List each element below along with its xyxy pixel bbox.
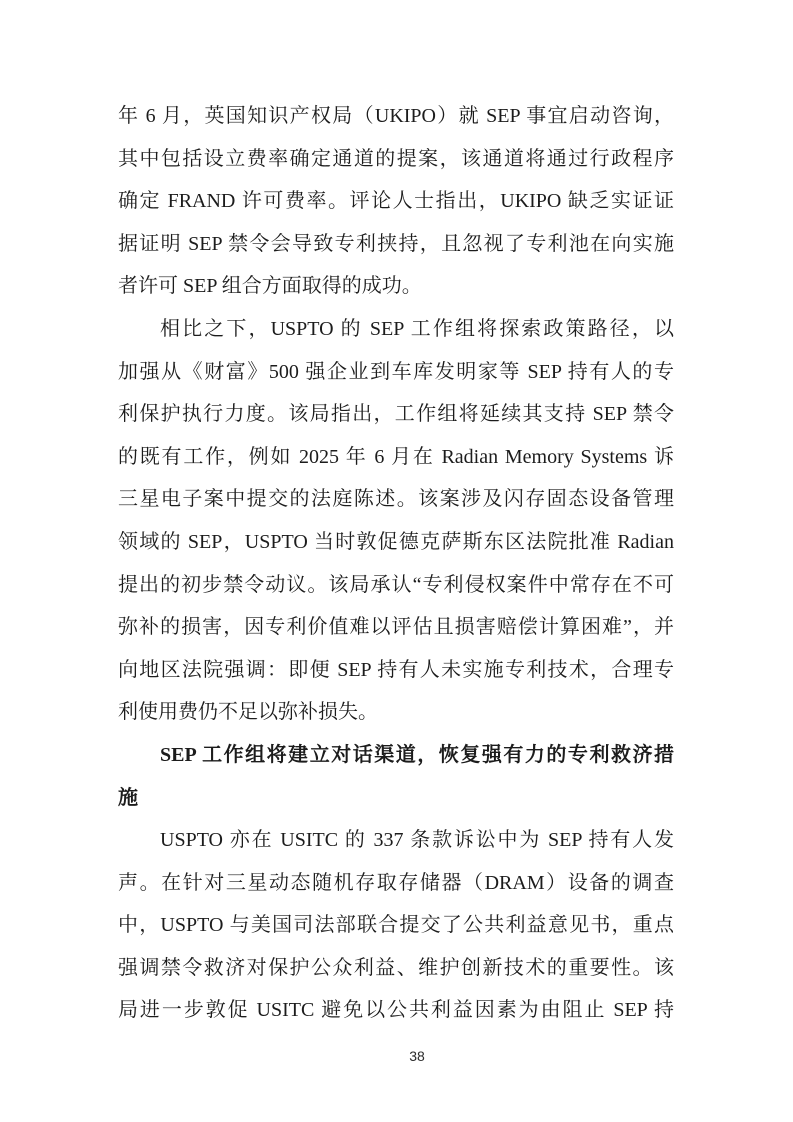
text-block: 年 6 月，英国知识产权局（UKIPO）就 SEP 事宜启动咨询， 其中包括设立… [118,95,674,1032]
text-line: 提出的初步禁令动议。该局承认“专利侵权案件中常存在不可 [118,564,674,607]
text-line: 利保护执行力度。该局指出，工作组将延续其支持 SEP 禁令 [118,393,674,436]
text-line: 年 6 月，英国知识产权局（UKIPO）就 SEP 事宜启动咨询， [118,95,674,138]
paragraph-usitc-337: USPTO 亦在 USITC 的 337 条款诉讼中为 SEP 持有人发 声。在… [118,819,674,1032]
text-line: 据证明 SEP 禁令会导致专利挟持，且忽视了专利池在向实施 [118,223,674,266]
text-line: 局进一步敦促 USITC 避免以公共利益因素为由阻止 SEP 持 [118,989,674,1032]
text-line: 相比之下，USPTO 的 SEP 工作组将探索政策路径，以 [118,308,674,351]
text-line: 三星电子案中提交的法庭陈述。该案涉及闪存固态设备管理 [118,478,674,521]
section-heading-sep-dialogue: SEP 工作组将建立对话渠道，恢复强有力的专利救济措 施 [118,734,674,819]
text-line: 强调禁令救济对保护公众利益、维护创新技术的重要性。该 [118,947,674,990]
heading-line: SEP 工作组将建立对话渠道，恢复强有力的专利救济措 [118,734,674,777]
text-line: 利使用费仍不足以弥补损失。 [118,691,674,734]
text-line: 其中包括设立费率确定通道的提案，该通道将通过行政程序 [118,138,674,181]
paragraph-uspto-working-group: 相比之下，USPTO 的 SEP 工作组将探索政策路径，以 加强从《财富》500… [118,308,674,734]
text-line: 向地区法院强调：即便 SEP 持有人未实施专利技术，合理专 [118,649,674,692]
text-line: 的既有工作，例如 2025 年 6 月在 Radian Memory Syste… [118,436,674,479]
text-line: 确定 FRAND 许可费率。评论人士指出，UKIPO 缺乏实证证 [118,180,674,223]
document-page: 年 6 月，英国知识产权局（UKIPO）就 SEP 事宜启动咨询， 其中包括设立… [0,0,793,1122]
page-number: 38 [409,1048,425,1064]
text-line: 声。在针对三星动态随机存取存储器（DRAM）设备的调查 [118,862,674,905]
text-line: USPTO 亦在 USITC 的 337 条款诉讼中为 SEP 持有人发 [118,819,674,862]
text-line: 中，USPTO 与美国司法部联合提交了公共利益意见书，重点 [118,904,674,947]
heading-line: 施 [118,777,674,820]
text-line: 领域的 SEP，USPTO 当时敦促德克萨斯东区法院批准 Radian [118,521,674,564]
text-line: 弥补的损害，因专利价值难以评估且损害赔偿计算困难”，并 [118,606,674,649]
paragraph-ukipo-consultation: 年 6 月，英国知识产权局（UKIPO）就 SEP 事宜启动咨询， 其中包括设立… [118,95,674,308]
text-line: 者许可 SEP 组合方面取得的成功。 [118,265,674,308]
text-line: 加强从《财富》500 强企业到车库发明家等 SEP 持有人的专 [118,351,674,394]
